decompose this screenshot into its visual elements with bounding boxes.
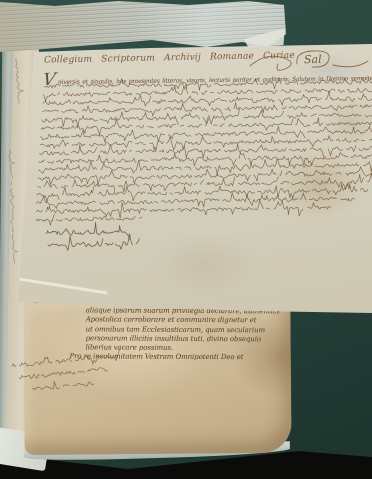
book-page-stack — [0, 0, 287, 54]
header-salutation-abbrev: Sal — [304, 53, 322, 67]
ink-stain — [276, 148, 362, 220]
document-header-title: Collegium Scriptorum Archivij Romanae Cu… — [44, 50, 310, 65]
petition-line: Pro re incolumitatem Vestram Omnipotenti… — [69, 353, 284, 363]
second-manuscript-leaf: aliaque ipsarum suarum privilegia declar… — [23, 301, 291, 455]
illuminated-initial: V — [42, 70, 57, 91]
fold-crease — [12, 277, 107, 295]
manuscript-photo: aliaque ipsarum suarum privilegia declar… — [0, 0, 372, 479]
petition-text-block: aliaque ipsarum suarum privilegia declar… — [69, 306, 284, 363]
ink-stain — [322, 96, 372, 148]
petition-line: Apostolica corroborare et communire dign… — [86, 316, 285, 326]
ink-stain — [150, 232, 260, 296]
